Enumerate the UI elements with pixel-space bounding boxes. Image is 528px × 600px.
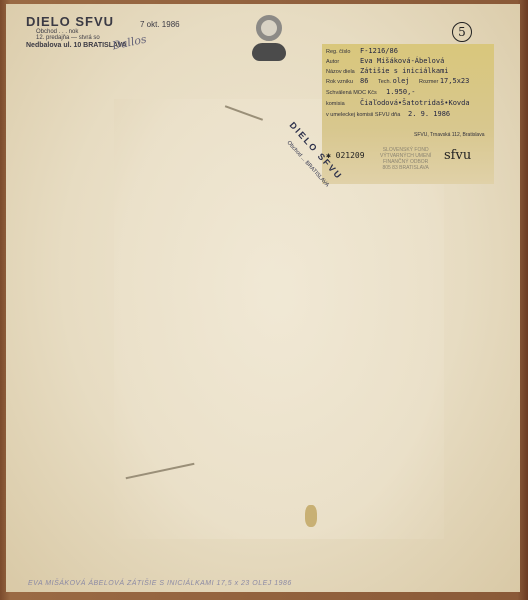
frame: DIELO SFVU Obchod . . . nok 12. predajňa…: [0, 0, 528, 600]
circled-number: 5: [452, 22, 472, 42]
sfvu-logo: sfvu: [444, 148, 471, 163]
stamp-date: 7 okt. 1986: [140, 20, 180, 29]
bottom-inscription: EVA MIŠÁKOVÁ ÁBELOVÁ ZÁTIŠIE S INICIÁLKA…: [28, 580, 292, 587]
registration-label: Reg. čísloF-1216/86 AutorEva Mišáková-Áb…: [322, 44, 494, 184]
hanger-ring-icon: [252, 15, 286, 65]
serial-number: ✱ 021209: [326, 151, 365, 160]
